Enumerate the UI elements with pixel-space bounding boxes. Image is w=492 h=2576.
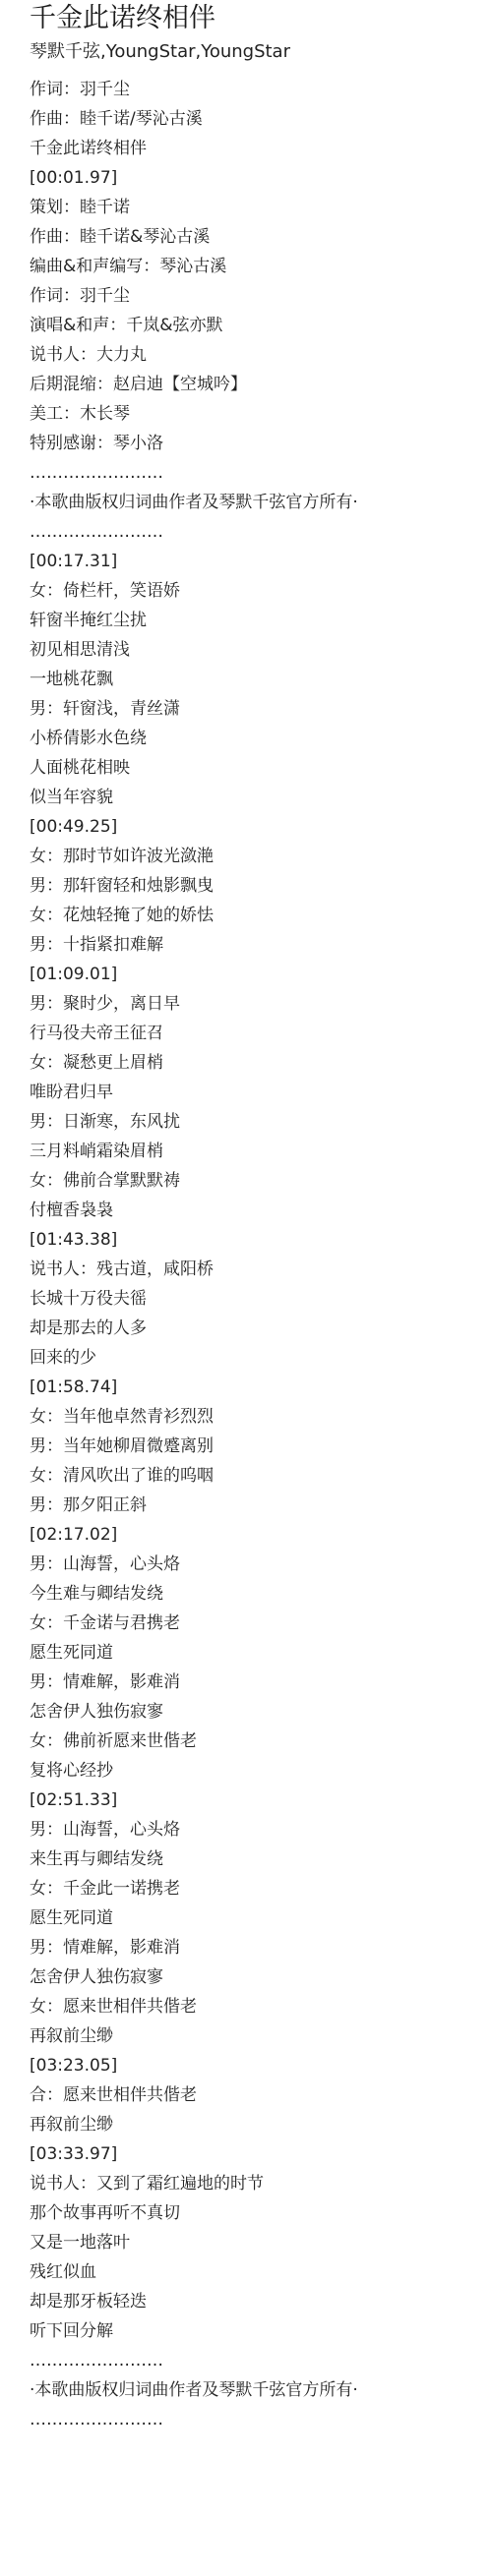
lyric-line: 演唱&和声：千岚&弦亦默 [30, 311, 482, 340]
lyric-line: 编曲&和声编写：琴沁古溪 [30, 252, 482, 281]
lyric-line: 女：佛前合掌默默祷 [30, 1166, 482, 1196]
lyric-timestamp: [00:01.97] [30, 163, 482, 193]
lyric-line: 女：凝愁更上眉梢 [30, 1048, 482, 1078]
lyric-timestamp: [03:33.97] [30, 2139, 482, 2169]
lyric-line: ·本歌曲版权归词曲作者及琴默千弦官方所有· [30, 488, 482, 517]
lyric-line: 女：千金此一诺携老 [30, 1874, 482, 1903]
lyrics-list: 作词：羽千尘 作曲：睦千诺/琴沁古溪千金此诺终相伴[00:01.97]策划：睦千… [30, 75, 482, 2434]
lyric-line: 愿生死同道 [30, 1638, 482, 1668]
song-title: 千金此诺终相伴 [30, 0, 482, 37]
lyric-line: 行马役夫帝王征召 [30, 1019, 482, 1048]
lyric-line: 却是那去的人多 [30, 1314, 482, 1343]
lyric-line: 女：愿来世相伴共偕老 [30, 1992, 482, 2021]
lyric-line: 女：当年他卓然青衫烈烈 [30, 1402, 482, 1432]
lyric-line: 策划：睦千诺 [30, 193, 482, 222]
lyric-timestamp: [01:58.74] [30, 1373, 482, 1402]
lyric-timestamp: [02:51.33] [30, 1786, 482, 1815]
lyric-line: 愿生死同道 [30, 1903, 482, 1933]
lyric-timestamp: [01:09.01] [30, 960, 482, 989]
lyric-line: 付檀香袅袅 [30, 1196, 482, 1225]
lyric-line: ·本歌曲版权归词曲作者及琴默千弦官方所有· [30, 2375, 482, 2405]
lyric-line: 说书人：又到了霜红遍地的时节 [30, 2169, 482, 2198]
lyric-line: 女：倚栏杆，笑语娇 [30, 576, 482, 606]
lyric-line: 作词：羽千尘 [30, 281, 482, 311]
lyric-line: 长城十万役夫徭 [30, 1284, 482, 1314]
lyric-line: 女：花烛轻掩了她的娇怯 [30, 901, 482, 930]
song-artist: 琴默千弦,YoungStar,YoungStar [30, 37, 482, 67]
lyric-timestamp: [03:23.05] [30, 2051, 482, 2080]
lyric-line: 回来的少 [30, 1343, 482, 1373]
separator-dots: …………………… [30, 2346, 482, 2375]
lyric-line: 男：那轩窗轻和烛影飘曳 [30, 871, 482, 901]
lyric-line: 女：清风吹出了谁的呜咽 [30, 1461, 482, 1491]
lyric-line: 复将心经抄 [30, 1756, 482, 1786]
lyric-line: 今生难与卿结发绕 [30, 1579, 482, 1609]
lyric-line: 小桥倩影水色绕 [30, 724, 482, 753]
lyric-line: 却是那牙板轻迭 [30, 2287, 482, 2316]
separator-dots: …………………… [30, 517, 482, 547]
lyric-line: 男：情难解，影难消 [30, 1668, 482, 1697]
lyric-line: 男：十指紧扣难解 [30, 930, 482, 960]
lyric-timestamp: [01:43.38] [30, 1225, 482, 1255]
lyric-line: 轩窗半掩红尘扰 [30, 606, 482, 635]
separator-dots: …………………… [30, 458, 482, 488]
lyric-line: 怎舍伊人独伤寂寥 [30, 1697, 482, 1727]
lyric-line: 三月料峭霜染眉梢 [30, 1137, 482, 1166]
lyric-line: 特别感谢：琴小洛 [30, 429, 482, 458]
lyric-line: 再叙前尘缈 [30, 2110, 482, 2139]
lyrics-page: 千金此诺终相伴 琴默千弦,YoungStar,YoungStar 作词：羽千尘 … [30, 0, 482, 2434]
lyric-line: 男：那夕阳正斜 [30, 1491, 482, 1520]
lyric-line: 似当年容貌 [30, 783, 482, 812]
lyric-line: 男：轩窗浅，青丝潇 [30, 694, 482, 724]
lyric-line: 女：千金诺与君携老 [30, 1609, 482, 1638]
lyric-timestamp: [00:49.25] [30, 812, 482, 842]
lyric-line: 男：当年她柳眉微蹙离别 [30, 1432, 482, 1461]
lyric-timestamp: [00:17.31] [30, 547, 482, 576]
lyric-line: 男：山海誓，心头烙 [30, 1815, 482, 1844]
lyric-line: 说书人：大力丸 [30, 340, 482, 370]
lyric-line: 残红似血 [30, 2257, 482, 2287]
lyric-timestamp: [02:17.02] [30, 1520, 482, 1550]
lyric-line: 怎舍伊人独伤寂寥 [30, 1962, 482, 1992]
lyric-line: 后期混缩：赵启迪【空城吟】 [30, 370, 482, 399]
lyric-line: 来生再与卿结发绕 [30, 1844, 482, 1874]
lyric-line: 又是一地落叶 [30, 2228, 482, 2257]
lyric-line: 作曲：睦千诺/琴沁古溪 [30, 104, 482, 134]
separator-dots: …………………… [30, 2405, 482, 2434]
lyric-line: 一地桃花飘 [30, 665, 482, 694]
lyric-line: 男：日渐寒，东风扰 [30, 1107, 482, 1137]
lyric-line: 男：聚时少，离日早 [30, 989, 482, 1019]
lyric-line: 作词：羽千尘 [30, 75, 482, 104]
lyric-line: 听下回分解 [30, 2316, 482, 2346]
lyric-line: 女：佛前祈愿来世偕老 [30, 1727, 482, 1756]
lyric-line: 女：那时节如许波光潋滟 [30, 842, 482, 871]
lyric-line: 千金此诺终相伴 [30, 134, 482, 163]
lyric-line: 美工：木长琴 [30, 399, 482, 429]
lyric-line: 唯盼君归早 [30, 1078, 482, 1107]
lyric-line: 作曲：睦千诺&琴沁古溪 [30, 222, 482, 252]
lyric-line: 人面桃花相映 [30, 753, 482, 783]
lyric-line: 男：山海誓，心头烙 [30, 1550, 482, 1579]
lyric-line: 初见相思清浅 [30, 635, 482, 665]
lyric-line: 说书人：残古道，咸阳桥 [30, 1255, 482, 1284]
lyric-line: 那个故事再听不真切 [30, 2198, 482, 2228]
lyric-line: 再叙前尘缈 [30, 2021, 482, 2051]
lyric-line: 合：愿来世相伴共偕老 [30, 2080, 482, 2110]
lyric-line: 男：情难解，影难消 [30, 1933, 482, 1962]
